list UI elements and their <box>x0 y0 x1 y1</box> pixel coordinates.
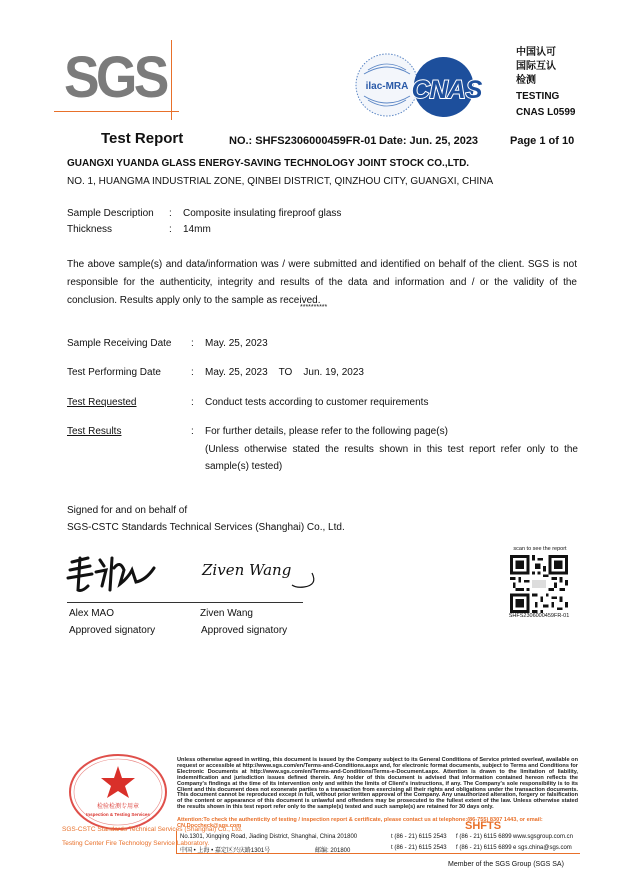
svg-text:Inspection & Testing Services: Inspection & Testing Services <box>86 812 150 817</box>
cnas-accreditation-text: 中国认可 国际互认 检测 TESTING CNAS L0599 <box>516 46 575 120</box>
colon: : <box>169 224 172 235</box>
sample-description-value: Composite insulating fireproof glass <box>183 208 341 219</box>
logo-horizontal-rule <box>54 111 179 112</box>
page-indicator: Page 1 of 10 <box>510 135 574 147</box>
qr-report-id: SHFS2306000459FR-01 <box>505 613 573 619</box>
cnas-line: CNAS L0599 <box>516 106 575 120</box>
svg-text:Ziven Wang: Ziven Wang <box>201 561 291 579</box>
email-link[interactable]: e sgs.china@sgs.com <box>513 845 572 851</box>
test-results-value: For further details, please refer to the… <box>205 426 448 437</box>
signatory-name-1: Alex MAO <box>69 608 114 619</box>
thickness-label: Thickness <box>67 224 112 235</box>
cnas-line: 中国认可 <box>516 46 575 60</box>
signatory-role-1: Approved signatory <box>69 625 155 636</box>
colon: : <box>169 208 172 219</box>
disclaimer-statement: The above sample(s) and data/information… <box>67 256 577 310</box>
test-requested-value: Conduct tests according to customer requ… <box>205 397 428 408</box>
qr-code-icon[interactable] <box>509 555 569 613</box>
website-link[interactable]: www.sgsgroup.com.cn <box>513 834 573 840</box>
qr-caption: scan to see the report <box>508 546 572 552</box>
test-results-label: Test Results <box>67 426 121 437</box>
separator: ********** <box>300 304 327 311</box>
performing-date-label: Test Performing Date <box>67 367 161 378</box>
sample-description-label: Sample Description <box>67 208 154 219</box>
company-stamp-icon: 检验检测专用章 Inspection & Testing Services <box>62 752 174 830</box>
cnas-logo-icon: CNAS <box>378 54 510 120</box>
shfts-label: SHFTS <box>465 820 501 832</box>
thickness-value: 14mm <box>183 224 211 235</box>
svg-text:检验检测专用章: 检验检测专用章 <box>97 802 139 810</box>
test-results-note: (Unless otherwise stated the results sho… <box>205 441 578 475</box>
signature-line <box>67 602 303 603</box>
signatory-name-2: Ziven Wang <box>200 608 253 619</box>
signed-on-behalf-label: Signed for and on behalf of <box>67 505 187 516</box>
authenticity-notice: Attention:To check the authenticity of t… <box>177 817 578 829</box>
report-title: Test Report <box>101 130 183 147</box>
receiving-date-label: Sample Receiving Date <box>67 338 172 349</box>
legal-disclaimer: Unless otherwise agreed in writing, this… <box>177 758 578 811</box>
colon: : <box>191 426 194 437</box>
signing-company: SGS-CSTC Standards Technical Services (S… <box>67 522 345 533</box>
svg-text:CNAS: CNAS <box>412 76 483 104</box>
receiving-date-value: May. 25, 2023 <box>205 338 268 349</box>
footer-vertical-rule <box>176 831 177 853</box>
sgs-logo-text: SGS <box>64 50 166 106</box>
fax: f (86 - 21) 6115 6899 <box>456 834 512 840</box>
signature-ziven-wang-icon: Ziven Wang <box>200 555 330 590</box>
cnas-line: TESTING <box>516 90 575 104</box>
sgs-logo: SGS <box>60 48 178 106</box>
test-requested-label: Test Requested <box>67 397 137 408</box>
signatory-role-2: Approved signatory <box>201 625 287 636</box>
performing-date-value: May. 25, 2023 TO Jun. 19, 2023 <box>205 367 364 378</box>
sgs-group-membership: Member of the SGS Group (SGS SA) <box>448 861 564 868</box>
signature-alex-mao-icon <box>66 550 166 595</box>
colon: : <box>191 338 194 349</box>
telephone: t (86 - 21) 6115 2543 <box>391 834 447 840</box>
report-date: Date: Jun. 25, 2023 <box>379 135 478 147</box>
footer-horizontal-rule <box>176 853 580 854</box>
logo-vertical-rule <box>171 40 172 120</box>
cnas-line: 检测 <box>516 74 575 88</box>
fax: f (86 - 21) 6115 6899 <box>456 845 512 851</box>
telephone: t (86 - 21) 6115 2543 <box>391 845 447 851</box>
address-english: No.1301, Xingqing Road, Jiading District… <box>180 834 357 840</box>
client-name: GUANGXI YUANDA GLASS ENERGY-SAVING TECHN… <box>67 158 469 169</box>
client-address: NO. 1, HUANGMA INDUSTRIAL ZONE, QINBEI D… <box>67 176 493 187</box>
colon: : <box>191 367 194 378</box>
cnas-line: 国际互认 <box>516 60 575 74</box>
colon: : <box>191 397 194 408</box>
report-number: NO.: SHFS2306000459FR-01 <box>229 135 376 147</box>
